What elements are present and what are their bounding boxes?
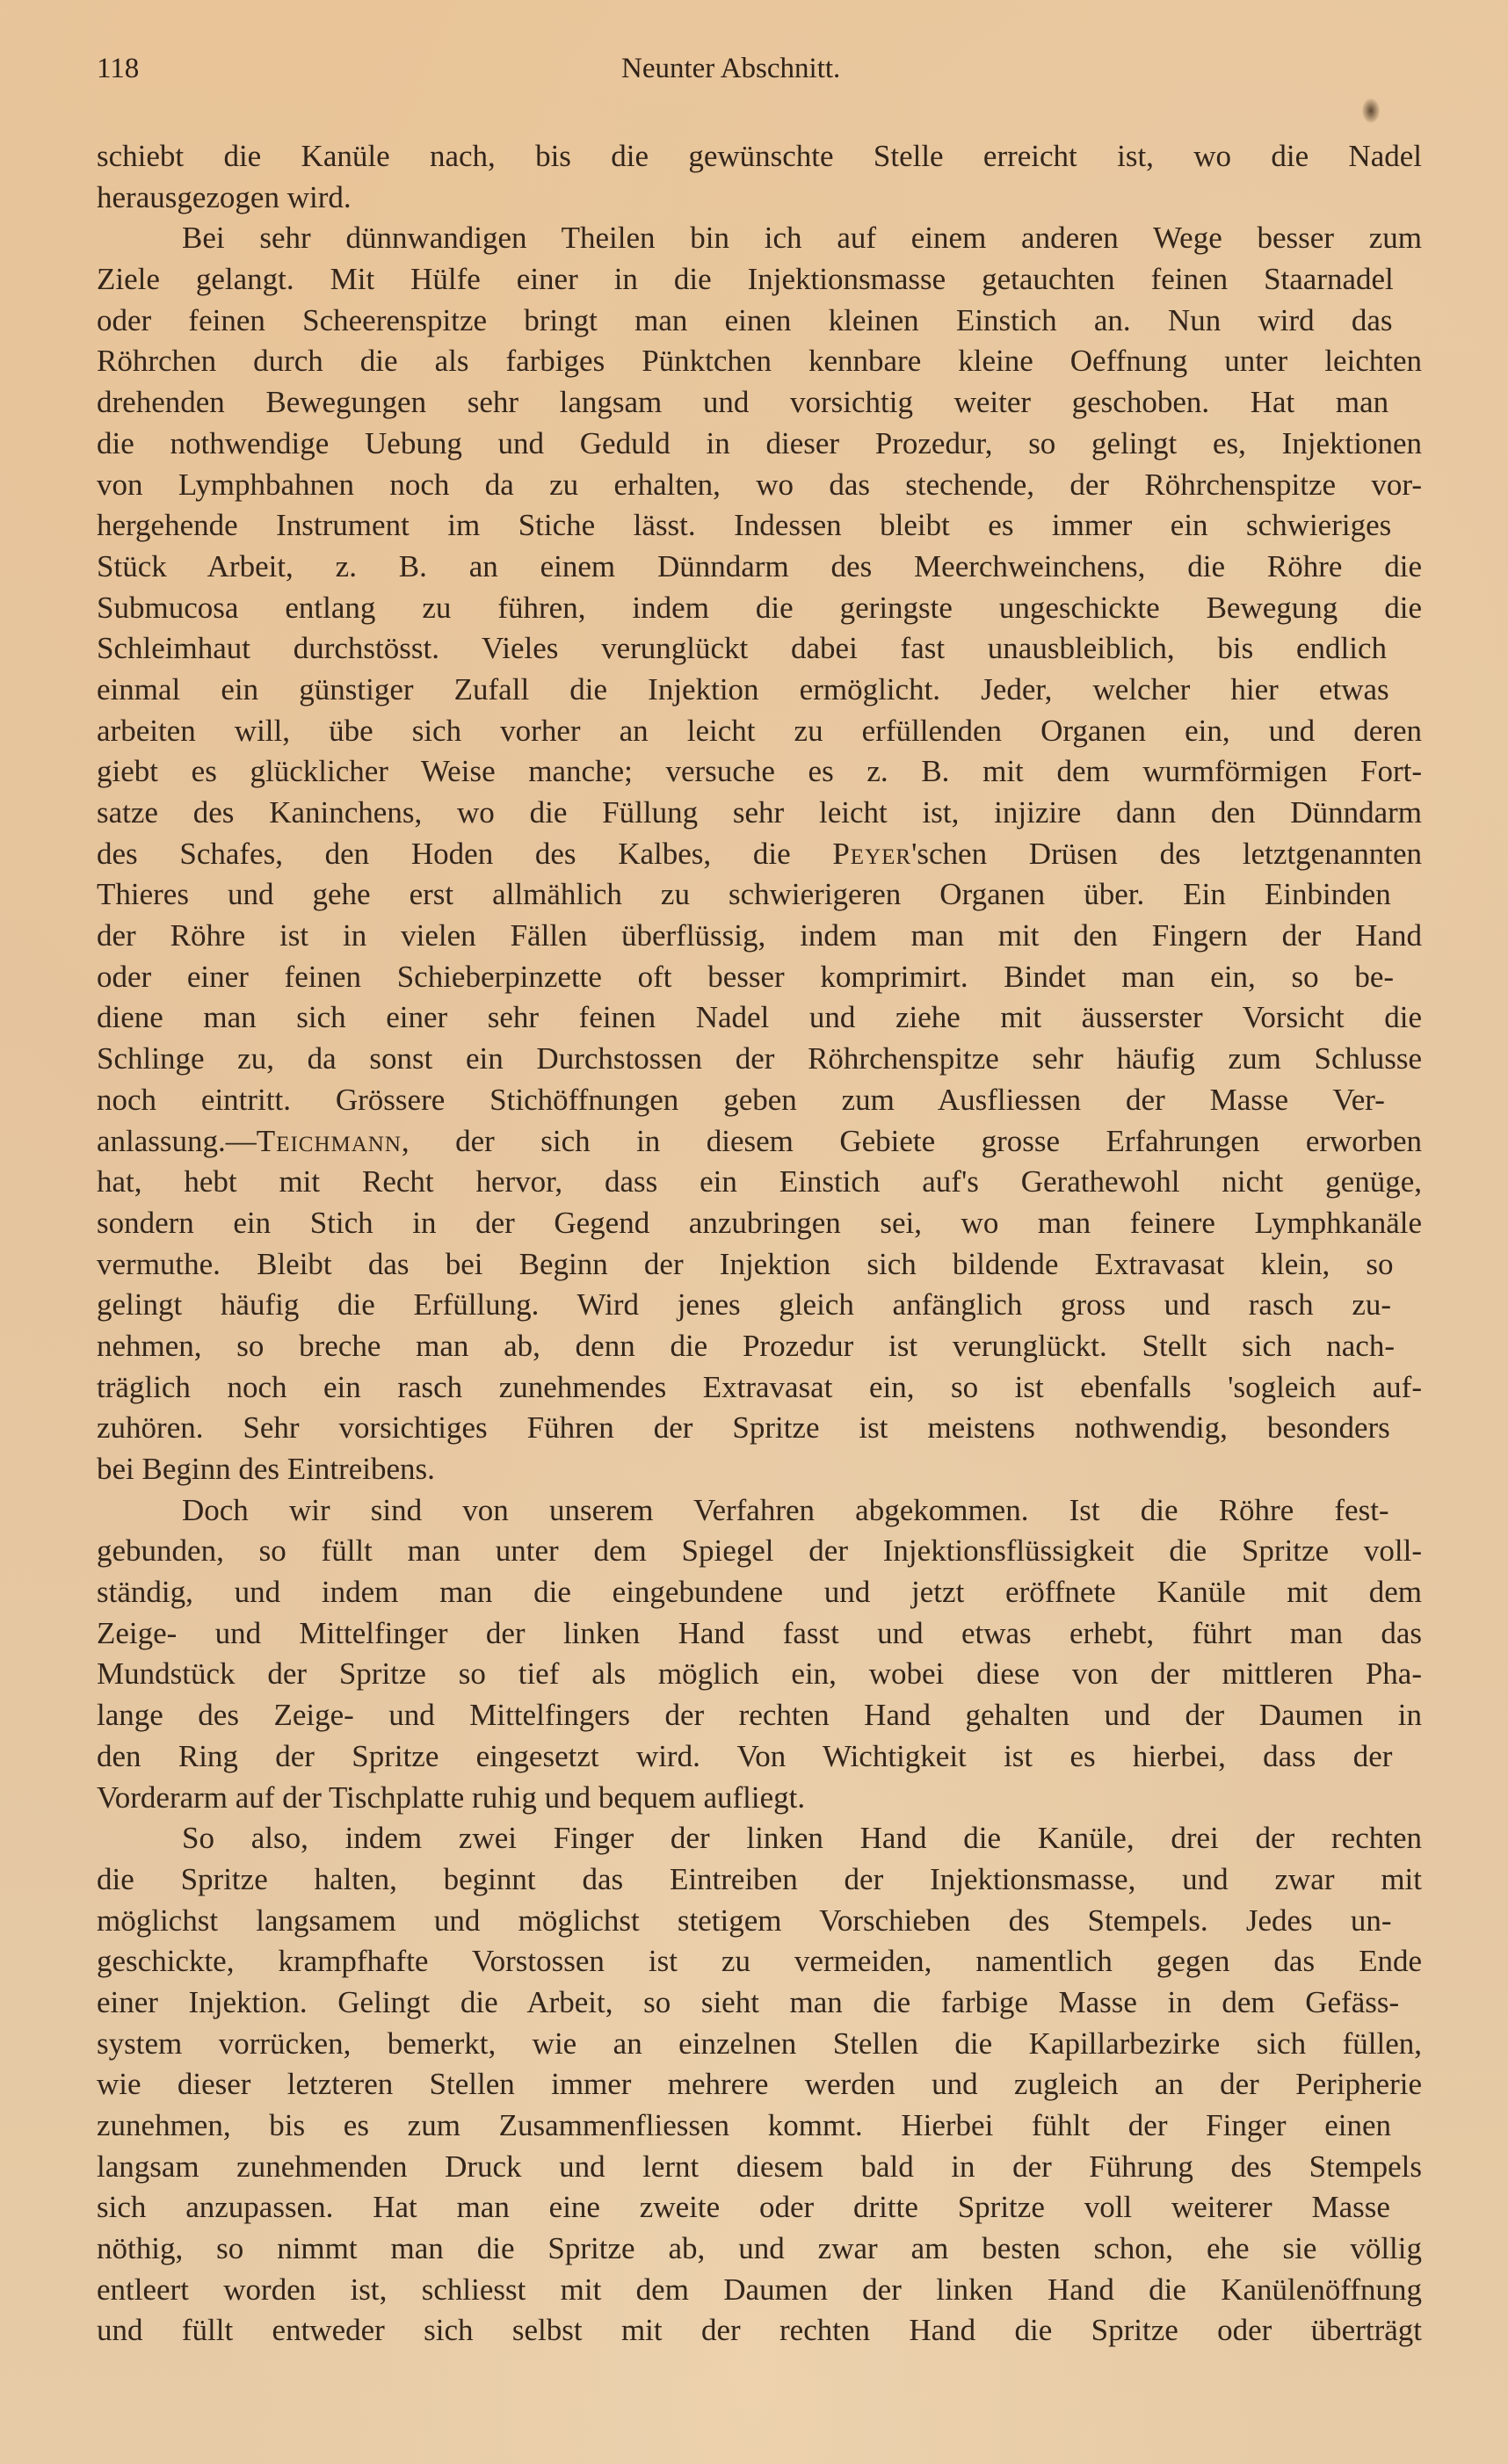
- text-line: noch eintritt. Grössere Stichöffnungen g…: [97, 1080, 1422, 1121]
- paragraph-first-line: Doch wir sind von unserem Verfahren abge…: [97, 1490, 1422, 1532]
- text-line: sondern ein Stich in der Gegend anzubrin…: [97, 1203, 1422, 1244]
- text-line: oder einer feinen Schieberpinzette oft b…: [97, 957, 1422, 998]
- text-line: den Ring der Spritze eingesetzt wird. Vo…: [97, 1736, 1422, 1778]
- text-segment: , der sich in diesem Gebiete grosse Erfa…: [402, 1124, 1422, 1158]
- text-line: arbeiten will, übe sich vorher an leicht…: [97, 711, 1422, 752]
- text-line: Stück Arbeit, z. B. an einem Dünndarm de…: [97, 547, 1422, 588]
- text-line: lange des Zeige- und Mittelfingers der r…: [97, 1695, 1422, 1736]
- paragraph-first-line: So also, indem zwei Finger der linken Ha…: [97, 1818, 1422, 1859]
- text-line: Thieres und gehe erst allmählich zu schw…: [97, 874, 1422, 916]
- text-line: oder feinen Scheerenspitze bringt man ei…: [97, 301, 1422, 342]
- text-line: langsam zunehmenden Druck und lernt dies…: [97, 2147, 1422, 2188]
- text-line: möglichst langsamem und möglichst stetig…: [97, 1901, 1422, 1942]
- text-line: träglich noch ein rasch zunehmendes Extr…: [97, 1367, 1422, 1409]
- text-line: die nothwendige Uebung und Geduld in die…: [97, 424, 1422, 465]
- text-line: diene man sich einer sehr feinen Nadel u…: [97, 997, 1422, 1039]
- text-line: bei Beginn des Eintreibens.: [97, 1449, 1422, 1490]
- text-line: der Röhre ist in vielen Fällen überflüss…: [97, 916, 1422, 957]
- text-line: Vorderarm auf der Tischplatte ruhig und …: [97, 1778, 1422, 1819]
- text-line: gelingt häufig die Erfüllung. Wird jenes…: [97, 1285, 1422, 1326]
- text-line: system vorrücken, bemerkt, wie an einzel…: [97, 2024, 1422, 2065]
- text-line: die Spritze halten, beginnt das Eintreib…: [97, 1859, 1422, 1901]
- text-line: schiebt die Kanüle nach, bis die gewünsc…: [97, 136, 1422, 178]
- running-title: Neunter Abschnitt.: [621, 49, 840, 88]
- text-line: einer Injektion. Gelingt die Arbeit, so …: [97, 1982, 1422, 2024]
- text-line: vermuthe. Bleibt das bei Beginn der Inje…: [97, 1244, 1422, 1286]
- text-segment: 'schen Drüsen des letztgenannten: [911, 837, 1422, 871]
- text-line: ständig, und indem man die eingebundene …: [97, 1572, 1422, 1613]
- text-line: Mundstück der Spritze so tief als möglic…: [97, 1654, 1422, 1695]
- text-line: von Lymphbahnen noch da zu erhalten, wo …: [97, 465, 1422, 506]
- text-line: hat, hebt mit Recht hervor, dass ein Ein…: [97, 1162, 1422, 1203]
- ink-blot-mark: [1362, 98, 1380, 123]
- text-line: satze des Kaninchens, wo die Füllung seh…: [97, 793, 1422, 834]
- body-text: schiebt die Kanüle nach, bis die gewünsc…: [97, 136, 1422, 2352]
- text-line: giebt es glücklicher Weise manche; versu…: [97, 751, 1422, 793]
- text-line: Submucosa entlang zu führen, indem die g…: [97, 588, 1422, 629]
- author-name-small-caps: Peyer: [832, 837, 911, 871]
- text-line: zunehmen, bis es zum Zusammenfliessen ko…: [97, 2105, 1422, 2147]
- text-line: Schlinge zu, da sonst ein Durchstossen d…: [97, 1039, 1422, 1080]
- running-head: 118 Neunter Abschnitt.: [97, 49, 1422, 88]
- text-line: Röhrchen durch die als farbiges Pünktche…: [97, 341, 1422, 382]
- text-line: nehmen, so breche man ab, denn die Proze…: [97, 1326, 1422, 1367]
- text-line: gebunden, so füllt man unter dem Spiegel…: [97, 1531, 1422, 1572]
- paragraph-first-line: Bei sehr dünnwandigen Theilen bin ich au…: [97, 218, 1422, 259]
- page-number: 118: [97, 49, 139, 88]
- text-line: des Schafes, den Hoden des Kalbes, die P…: [97, 834, 1422, 875]
- author-name-small-caps: Teichmann: [257, 1124, 402, 1158]
- text-line: sich anzupassen. Hat man eine zweite ode…: [97, 2187, 1422, 2228]
- text-line: zuhören. Sehr vorsichtiges Führen der Sp…: [97, 1408, 1422, 1449]
- text-line: einmal ein günstiger Zufall die Injektio…: [97, 670, 1422, 711]
- text-line: anlassung.—Teichmann, der sich in diesem…: [97, 1121, 1422, 1163]
- text-line: Zeige- und Mittelfinger der linken Hand …: [97, 1613, 1422, 1655]
- text-line: hergehende Instrument im Stiche lässt. I…: [97, 505, 1422, 547]
- text-segment: anlassung.—: [97, 1124, 257, 1158]
- book-page: 118 Neunter Abschnitt. schiebt die Kanül…: [0, 0, 1508, 2464]
- text-segment: des Schafes, den Hoden des Kalbes, die: [97, 837, 832, 871]
- text-line: und füllt entweder sich selbst mit der r…: [97, 2310, 1422, 2352]
- text-line: Schleimhaut durchstösst. Vieles verunglü…: [97, 628, 1422, 670]
- text-line: wie dieser letzteren Stellen immer mehre…: [97, 2064, 1422, 2105]
- text-line: Ziele gelangt. Mit Hülfe einer in die In…: [97, 259, 1422, 301]
- text-line: entleert worden ist, schliesst mit dem D…: [97, 2270, 1422, 2311]
- text-line: nöthig, so nimmt man die Spritze ab, und…: [97, 2228, 1422, 2270]
- text-line: herausgezogen wird.: [97, 178, 1422, 219]
- text-line: geschickte, krampfhafte Vorstossen ist z…: [97, 1941, 1422, 1982]
- text-line: drehenden Bewegungen sehr langsam und vo…: [97, 382, 1422, 424]
